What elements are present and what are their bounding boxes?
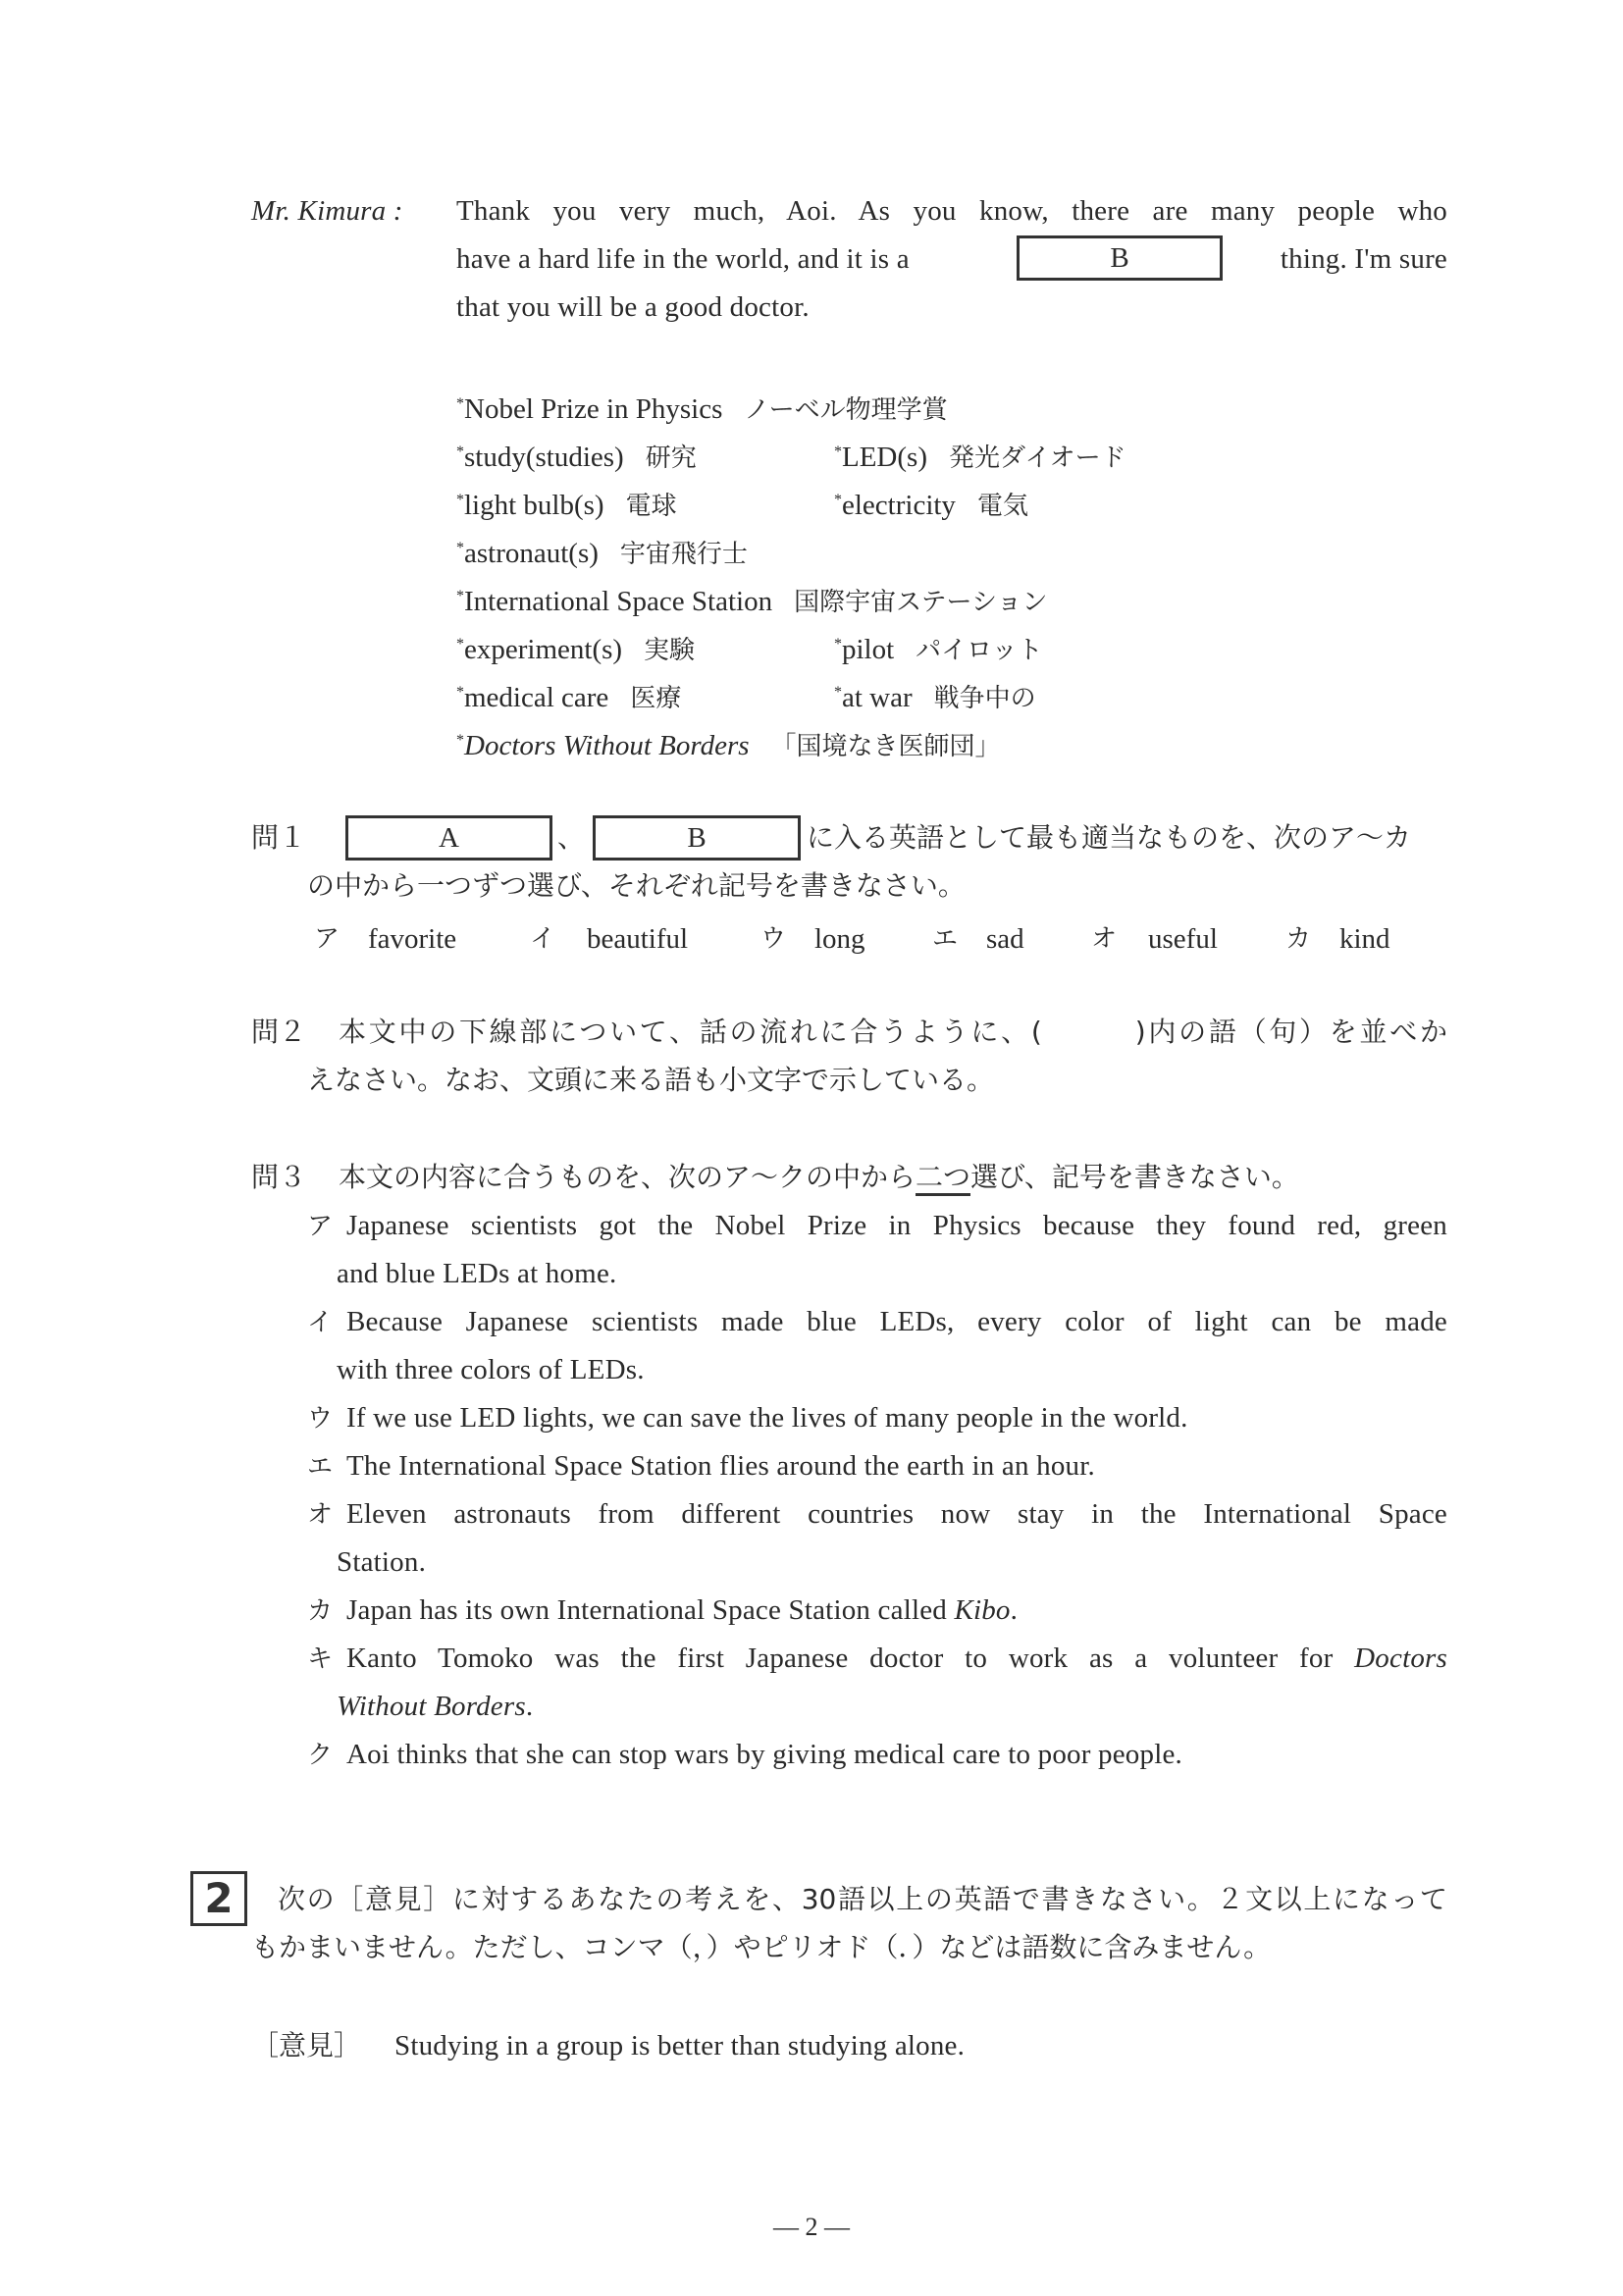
glossary-item: *electricity電気 xyxy=(834,481,1028,526)
glossary-item: *astronaut(s)宇宙飛行士 xyxy=(456,529,748,574)
glossary-item: *study(studies)研究 xyxy=(456,433,697,478)
option-word: sad xyxy=(986,919,1024,959)
q3-label: 問３ xyxy=(251,1158,306,1197)
section2-instruction-1: 次の［意見］に対するあなたの考えを、30語以上の英語で書きなさい。２文以上になっ… xyxy=(278,1880,1447,1919)
blank-box-b: B xyxy=(1017,235,1223,281)
q1-separator: 、 xyxy=(557,818,585,858)
q3-option-i: イBecause Japanese scientists made blue L… xyxy=(307,1302,1447,1341)
glossary-item: *International Space Station国際宇宙ステーション xyxy=(456,577,1048,622)
glossary-item: *medical care医療 xyxy=(456,673,681,718)
dialogue-line-2-end: thing. I'm sure xyxy=(1241,239,1447,279)
q3-option-ku: クAoi thinks that she can stop wars by gi… xyxy=(307,1735,1182,1774)
q2-text-1: 本文中の下線部について、話の流れに合うように、( )内の語（句）を並べか xyxy=(339,1013,1447,1052)
section-number-box: 2 xyxy=(190,1871,247,1926)
option-word: useful xyxy=(1148,919,1218,959)
glossary-item: *pilotパイロット xyxy=(834,625,1043,670)
q1-text-2: の中から一つずつ選び、それぞれ記号を書きなさい。 xyxy=(307,866,966,906)
q2-label: 問２ xyxy=(251,1013,306,1052)
q3-option-ki: キKanto Tomoko was the first Japanese doc… xyxy=(307,1639,1447,1678)
page-number: — 2 — xyxy=(0,2208,1623,2247)
option-mark: カ xyxy=(1285,919,1311,959)
speaker-label: Mr. Kimura : xyxy=(251,191,403,231)
option-mark: イ xyxy=(530,919,555,959)
option-mark: ア xyxy=(314,919,340,959)
glossary-item: *at war戦争中の xyxy=(834,673,1036,718)
q3-emphasis: 二つ xyxy=(916,1161,970,1196)
q3-option-u: ウIf we use LED lights, we can save the l… xyxy=(307,1398,1188,1437)
q3-option-e: エThe International Space Station flies a… xyxy=(307,1446,1095,1486)
exam-page: Mr. Kimura : Thank you very much, Aoi. A… xyxy=(0,0,1623,2296)
glossary-item: *light bulb(s)電球 xyxy=(456,481,677,526)
section2-instruction-2: もかまいません。ただし、コンマ（，）やピリオド（．）などは語数に含みません。 xyxy=(251,1928,1271,1967)
q3-option-o: オEleven astronauts from different countr… xyxy=(307,1494,1447,1534)
q3-option-o-cont: Station. xyxy=(337,1542,426,1582)
option-word: kind xyxy=(1339,919,1390,959)
dialogue-line-1: Thank you very much, Aoi. As you know, t… xyxy=(456,191,1447,231)
q3-text: 本文の内容に合うものを、次のア～クの中から二つ選び、記号を書きなさい。 xyxy=(339,1158,1299,1197)
option-mark: ウ xyxy=(760,919,786,959)
q3-option-a: アJapanese scientists got the Nobel Prize… xyxy=(307,1206,1447,1245)
dialogue-line-2: have a hard life in the world, and it is… xyxy=(456,239,910,279)
q3-option-a-cont: and blue LEDs at home. xyxy=(337,1254,616,1293)
opinion-label: ［意見］ xyxy=(251,2026,361,2065)
option-word: long xyxy=(814,919,865,959)
option-word: beautiful xyxy=(587,919,688,959)
q1-text-1: に入る英語として最も適当なものを、次のア～カ xyxy=(807,818,1411,858)
blank-box-b-q1: B xyxy=(593,815,801,861)
q1-options: ア favorite イ beautiful ウ long エ sad オ us… xyxy=(0,919,1623,959)
q3-option-i-cont: with three colors of LEDs. xyxy=(337,1350,645,1389)
option-mark: オ xyxy=(1091,919,1117,959)
q1-label: 問１ xyxy=(251,818,306,858)
glossary-item: *LED(s)発光ダイオード xyxy=(834,433,1126,478)
glossary-item: *Nobel Prize in Physicsノーベル物理学賞 xyxy=(456,385,948,430)
glossary-item: *experiment(s)実験 xyxy=(456,625,695,670)
dialogue-line-3: that you will be a good doctor. xyxy=(456,287,810,327)
glossary-item: *Doctors Without Borders「国境なき医師団」 xyxy=(456,721,1001,766)
opinion-text: Studying in a group is better than study… xyxy=(394,2026,965,2065)
blank-box-a: A xyxy=(345,815,552,861)
q2-text-2: えなさい。なお、文頭に来る語も小文字で示している。 xyxy=(307,1061,994,1100)
option-mark: エ xyxy=(932,919,958,959)
q3-option-ka: カJapan has its own International Space S… xyxy=(307,1591,1018,1630)
q3-option-ki-cont: Without Borders. xyxy=(337,1687,533,1726)
option-word: favorite xyxy=(368,919,456,959)
